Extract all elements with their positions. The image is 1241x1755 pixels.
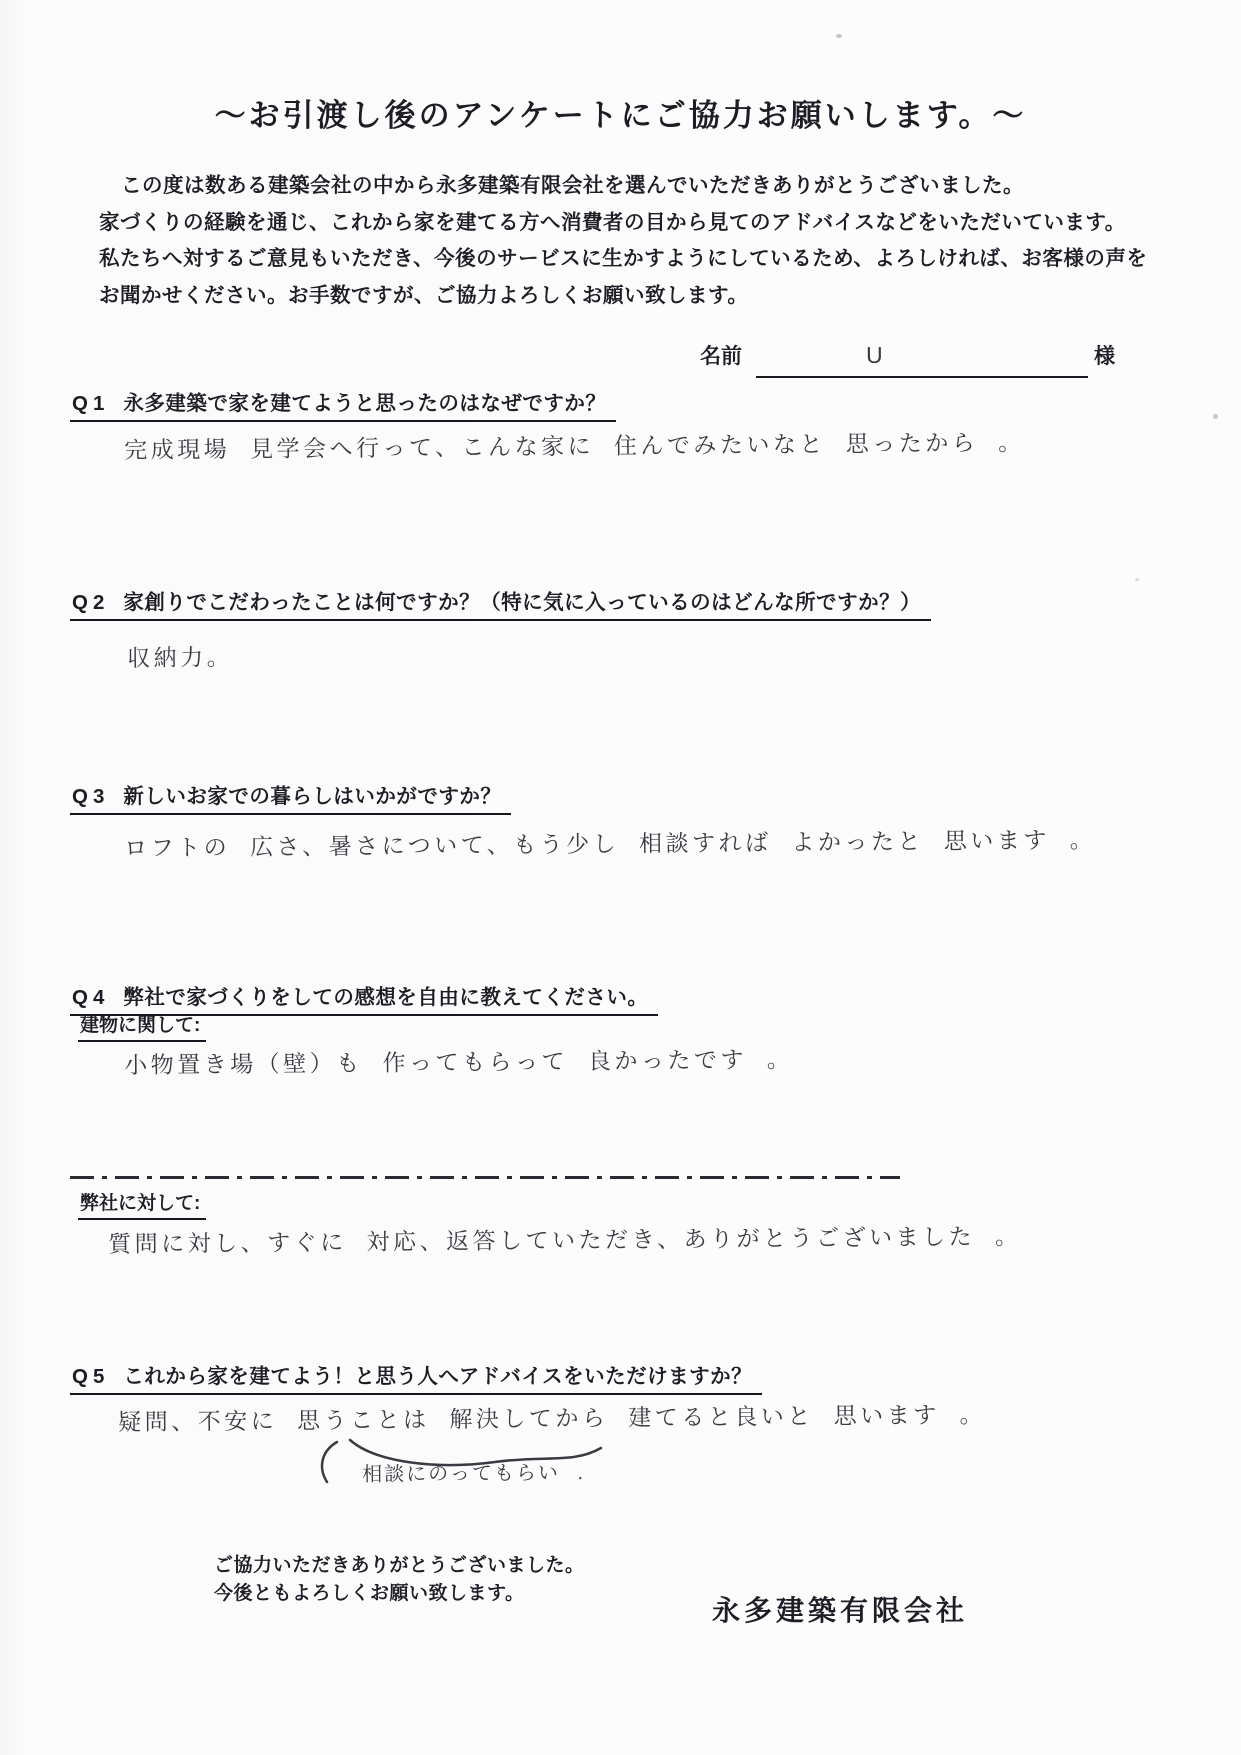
name-underline-field: U bbox=[756, 340, 1088, 378]
question-1-heading: Q1永多建築で家を建てようと思ったのはなぜですか？ bbox=[70, 386, 616, 422]
scan-artifact bbox=[1213, 414, 1218, 419]
question-5: Q5これから家を建てよう！と思う人へアドバイスをいただけますか？ bbox=[70, 1359, 762, 1395]
question-3-heading: Q3新しいお家での暮らしはいかがですか？ bbox=[70, 779, 511, 815]
dash-dot-divider bbox=[70, 1176, 900, 1179]
question-5-heading: Q5これから家を建てよう！と思う人へアドバイスをいただけますか？ bbox=[70, 1359, 762, 1395]
footer-thanks-line2: 今後ともよろしくお願い致します。 bbox=[214, 1580, 585, 1608]
question-1: Q1永多建築で家を建てようと思ったのはなぜですか？ bbox=[70, 386, 616, 422]
intro-line: 家づくりの経験を通じ、これから家を建てる方へ消費者の目から見てのアドバイスなどを… bbox=[99, 205, 1059, 242]
name-label: 名前 bbox=[700, 340, 742, 370]
question-2-text: 家創りでこだわったことは何ですか？（特に気に入っているのはどんな所ですか？） bbox=[123, 591, 921, 614]
survey-title: 〜お引渡し後のアンケートにご協力お願いします。〜 bbox=[0, 90, 1241, 135]
question-2-answer-handwriting: 収納力。 bbox=[127, 639, 233, 673]
intro-paragraph: この度は数ある建築会社の中から永多建築有限会社を選んでいただきありがとうございま… bbox=[99, 168, 1059, 314]
question-4-answer-company-handwriting: 質問に対し、すぐに 対応、返答していただき、ありがとうございました 。 bbox=[108, 1218, 1022, 1259]
question-2-heading: Q2家創りでこだわったことは何ですか？（特に気に入っているのはどんな所ですか？） bbox=[70, 585, 931, 621]
footer-thanks: ご協力いただきありがとうございました。 今後ともよろしくお願い致します。 bbox=[214, 1552, 585, 1608]
name-honorific: 様 bbox=[1094, 340, 1115, 370]
intro-line: 私たちへ対するご意見もいただき、今後のサービスに生かすようにしているため、よろし… bbox=[99, 241, 1059, 278]
question-1-label: Q1 bbox=[72, 392, 109, 415]
company-name: 永多建築有限会社 bbox=[712, 1589, 968, 1629]
question-1-answer-handwriting: 完成現場 見学会へ行って、こんな家に 住んでみたいなと 思ったから 。 bbox=[124, 424, 1025, 465]
intro-line: この度は数ある建築会社の中から永多建築有限会社を選んでいただきありがとうございま… bbox=[99, 168, 1059, 205]
question-3-text: 新しいお家での暮らしはいかがですか？ bbox=[123, 785, 501, 808]
question-5-label: Q5 bbox=[72, 1365, 109, 1388]
scanned-survey-page: { "page": { "title": "〜お引渡し後のアンケートにご協力お願… bbox=[0, 0, 1241, 1755]
question-4-sublabel-building: 建物に関して: bbox=[78, 1010, 206, 1042]
question-4-sublabel-company: 弊社に対して: bbox=[78, 1188, 206, 1220]
question-4-text: 弊社で家づくりをしての感想を自由に教えてください。 bbox=[123, 986, 648, 1009]
question-2-label: Q2 bbox=[72, 591, 109, 614]
scan-artifact bbox=[1135, 578, 1139, 581]
name-row: 名前 U 様 bbox=[700, 340, 1115, 378]
question-1-text: 永多建築で家を建てようと思ったのはなぜですか？ bbox=[123, 392, 606, 415]
question-5-annotation-handwriting: 相談にのってもらい . bbox=[362, 1456, 585, 1487]
footer-thanks-line1: ご協力いただきありがとうございました。 bbox=[214, 1552, 585, 1580]
scan-artifact bbox=[836, 34, 842, 38]
question-3-answer-handwriting: ロフトの 広さ、暑さについて、もう少し 相談すれば よかったと 思います 。 bbox=[124, 822, 1096, 863]
question-3-label: Q3 bbox=[72, 785, 109, 808]
question-4-label: Q4 bbox=[72, 986, 109, 1009]
handwritten-name-value: U bbox=[866, 342, 886, 369]
intro-line: お聞かせください。お手数ですが、ご協力よろしくお願い致します。 bbox=[99, 278, 1059, 315]
question-4-answer-building-handwriting: 小物置き場（壁）も 作ってもらって 良かったです 。 bbox=[124, 1041, 793, 1080]
question-5-text: これから家を建てよう！と思う人へアドバイスをいただけますか？ bbox=[123, 1365, 752, 1388]
question-2: Q2家創りでこだわったことは何ですか？（特に気に入っているのはどんな所ですか？） bbox=[70, 585, 931, 621]
question-3: Q3新しいお家での暮らしはいかがですか？ bbox=[70, 779, 511, 815]
